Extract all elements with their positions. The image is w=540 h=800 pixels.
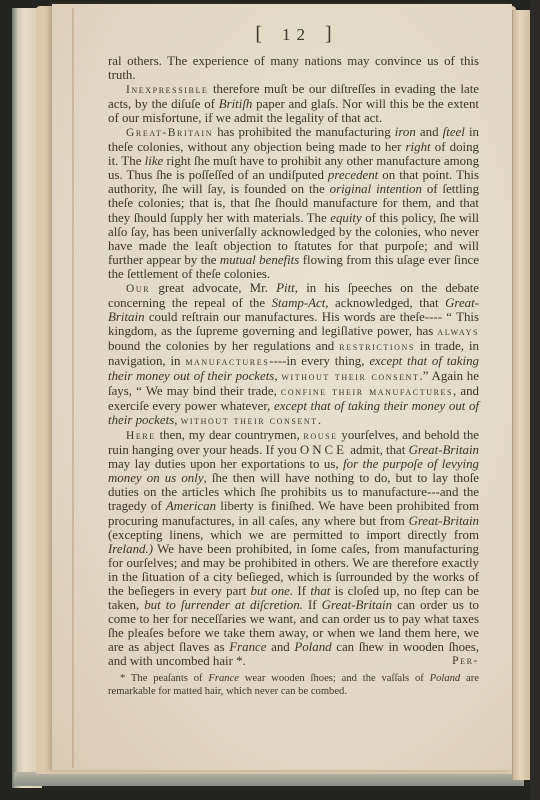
- italic-run: precedent: [328, 168, 378, 182]
- small-caps-run: without their consent: [181, 415, 318, 427]
- lead-word: Inexpressible: [126, 84, 208, 96]
- small-caps-run: rouse: [303, 430, 337, 442]
- italic-run: equity: [330, 211, 362, 225]
- italic-run: mutual benefits: [220, 253, 299, 267]
- spaced-caps-run: ONCE: [300, 443, 347, 457]
- italic-run: Great-Britain: [322, 598, 392, 612]
- small-caps-run: manufactures: [185, 356, 269, 368]
- lead-word: Our: [126, 283, 150, 295]
- italic-run: like: [145, 154, 164, 168]
- right-page-edge: [512, 10, 531, 780]
- text-run: ----in every thing,: [269, 354, 369, 368]
- text-run: and: [416, 125, 443, 139]
- paragraph-continuation: ral others. The experience of many natio…: [108, 54, 479, 82]
- text-run: , acknowledged, that: [325, 296, 445, 310]
- italic-run: Poland: [430, 673, 461, 684]
- italic-run: American: [166, 499, 216, 513]
- footnote: * The peaſants of France wear wooden ſho…: [108, 673, 479, 698]
- italic-run: right: [406, 140, 431, 154]
- italic-run: Stamp-Act: [272, 296, 326, 310]
- italic-run: Great-Britain: [409, 514, 479, 528]
- italic-run: Britiſh: [219, 97, 253, 111]
- page-text: [12] ral others. The experience of many …: [108, 20, 479, 698]
- text-run: great advocate, Mr.: [150, 281, 276, 295]
- italic-run: Ireland.): [108, 542, 153, 556]
- paragraph-here-then: Here then, my dear countrymen, rouse you…: [108, 428, 479, 668]
- text-run: .: [318, 413, 321, 427]
- italic-run: iron: [395, 125, 416, 139]
- lead-word: Here: [126, 430, 156, 442]
- background-right: [530, 0, 540, 800]
- book-bottom-edge: [14, 772, 524, 786]
- paragraph-pitt: Our great advocate, Mr. Pitt, in his ſpe…: [108, 281, 479, 428]
- italic-run: ſteel: [443, 125, 465, 139]
- text-run: may lay duties upon her exportations to …: [108, 457, 343, 471]
- text-run: If: [303, 598, 322, 612]
- italic-run: France: [208, 673, 239, 684]
- italic-run: Pitt: [276, 281, 295, 295]
- small-caps-run: restrictions: [339, 341, 415, 353]
- page-number-value: 12: [282, 25, 311, 44]
- text-run: admit, that: [347, 443, 409, 457]
- small-caps-run: always: [437, 326, 479, 338]
- text-run: (excepting linens, which we are permitte…: [108, 528, 479, 542]
- italic-run: original intention: [330, 182, 422, 196]
- bracket-close: ]: [311, 23, 352, 45]
- text-run: The peaſants of: [131, 673, 208, 684]
- lead-word: Great-Britain: [126, 127, 213, 139]
- italic-run: Poland: [294, 640, 331, 654]
- footnote-text: * The peaſants of France wear wooden ſho…: [108, 673, 479, 698]
- paragraph-great-britain: Great-Britain has prohibited the manufac…: [108, 125, 479, 281]
- text-run: ral others. The experience of many natio…: [108, 54, 479, 82]
- text-run: and: [266, 640, 294, 654]
- text-run: bound the colonies by her regulations an…: [108, 339, 339, 353]
- italic-run: but one.: [251, 584, 294, 598]
- bracket-open: [: [241, 23, 282, 45]
- text-run: wear wooden ſhoes; and the vaſſals of: [239, 673, 430, 684]
- text-run: has prohibited the manufacturing: [213, 125, 395, 139]
- italic-run: but to ſurrender at diſcretion.: [144, 598, 303, 612]
- italic-run: that: [310, 584, 330, 598]
- small-caps-run: confine their manufactures: [281, 386, 453, 398]
- text-run: then, my dear countrymen,: [156, 428, 304, 442]
- italic-run: Great-Britain: [409, 443, 479, 457]
- page-number: [12]: [114, 24, 479, 45]
- paragraph-inexpressible: Inexpressible therefore muſt be our diſt…: [108, 82, 479, 125]
- text-run: could reſtrain our manufactures. His wor…: [108, 310, 479, 338]
- italic-run: France: [229, 640, 266, 654]
- footnote-mark: *: [120, 673, 131, 684]
- small-caps-run: without their consent: [281, 371, 419, 383]
- text-run: If: [293, 584, 310, 598]
- footnote-reference: *.: [233, 654, 246, 668]
- page-fold-line: [72, 8, 74, 768]
